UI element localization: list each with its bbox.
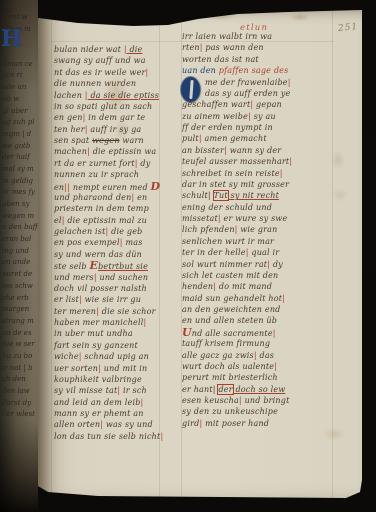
- manuscript-line: ter in der helle| qual ir: [182, 247, 338, 258]
- ruling-line-left-margin: [51, 10, 52, 498]
- manuscript-line: en pos exempel| mas: [54, 237, 166, 248]
- manuscript-line: doch vil posser nalsth: [54, 283, 166, 294]
- manuscript-line: in so spati glut an sach: [54, 101, 166, 112]
- manuscript-line: kouphikeit valbringe: [54, 374, 166, 385]
- manuscript-line: gelachen ist| die geb: [54, 226, 166, 237]
- facing-page-line-fragment: ir nat | b: [2, 363, 38, 375]
- facing-page-line-fragment: ing und: [2, 246, 38, 258]
- facing-page-line-fragment: ar mes fy: [2, 187, 38, 199]
- manuscript-line: henden| do mit mand: [182, 281, 338, 292]
- facing-page-line-fragment: che erb: [2, 293, 38, 305]
- facing-page-edge: H wont wuman mAman cegos rinde unub wgl …: [0, 0, 38, 512]
- facing-page-line-fragment: ag zuh pl: [2, 117, 38, 129]
- facing-page-line-fragment: mal sy m: [2, 164, 38, 176]
- folio-number: 251: [338, 22, 359, 34]
- manuscript-line: uer sorten| und mit in: [54, 363, 166, 374]
- facing-page-line-fragment: wegen m: [2, 211, 38, 223]
- facing-page-line-fragment: fue w ser: [2, 339, 38, 351]
- manuscript-line: wurt doch als ualente|: [182, 361, 338, 372]
- manuscript-page: etlun 251 bulan nider wat | dieswang sy …: [38, 10, 362, 498]
- facing-page-line-fragment: ch den: [2, 374, 38, 386]
- manuscript-line: sich let casten mit den: [182, 270, 338, 281]
- manuscript-line: Und alle sacramente|: [182, 327, 338, 338]
- manuscript-line: swang sy auff und wa: [54, 55, 166, 66]
- manuscript-line: nunnen zu ir sprach: [54, 169, 166, 180]
- manuscript-line: er hant| der doch so lew: [182, 384, 338, 395]
- manuscript-line: nt das es ir weile wer|: [54, 67, 166, 78]
- facing-page-line-fragment: nde un: [2, 82, 38, 94]
- manuscript-line: ste selb Ebetrtbut sie: [54, 260, 166, 271]
- manuscript-line: geschaffen wart| gepan: [182, 99, 338, 110]
- manuscript-line: rt da er zurnet fort| dy: [54, 158, 166, 169]
- facing-page-line-fragment: puret de: [2, 269, 38, 281]
- manuscript-line: machen| die eptissin wa: [54, 146, 166, 157]
- manuscript-line: in uber mut undha: [54, 328, 166, 339]
- facing-page-line-fragment: n den baff: [2, 222, 38, 234]
- manuscript-line: und pharaond den| en: [54, 192, 166, 203]
- facing-page-line-fragment: der half: [2, 152, 38, 164]
- facing-page-line-fragment: ingm | d: [2, 129, 38, 141]
- manuscript-line: maid sun gehandelt hot|: [182, 293, 338, 304]
- blue-lombard-initial: D: [181, 77, 200, 102]
- manuscript-line: er list| wie sie irr gu: [54, 294, 166, 305]
- manuscript-line: wiche| schnad upig an: [54, 351, 166, 362]
- manuscript-line: tauff krisem firmung: [182, 338, 338, 349]
- manuscript-line: irr laien walbt irn wa: [182, 31, 338, 42]
- manuscript-line: senlichen wurt ir mar: [182, 236, 338, 247]
- facing-page-line-fragment: tes schw: [2, 281, 38, 293]
- facing-page-line-fragment: ub w: [2, 94, 38, 106]
- facing-page-text-fragments: wont wuman mAman cegos rinde unub wgl ub…: [2, 12, 38, 421]
- manuscript-line: sen spat wegen warn: [54, 135, 166, 146]
- manuscript-line: sy und wern das dün: [54, 249, 166, 260]
- facing-page-line-fragment: ller wlest: [2, 409, 38, 421]
- manuscript-line: ter meren| die sie schor: [54, 306, 166, 317]
- manuscript-line: en und allen steten üb: [182, 315, 338, 326]
- facing-page-line-fragment: wont w: [2, 12, 38, 24]
- manuscript-line: bulan nider wat | die: [54, 44, 166, 55]
- manuscript-line: schreibet in sein reiste|: [182, 168, 338, 179]
- manuscript-line: lachen | da sie die eptiss: [54, 90, 166, 101]
- manuscript-line: ening der schuld und: [182, 202, 338, 213]
- facing-page-line-fragment: gl uber: [2, 106, 38, 118]
- right-text-column: D irr laien walbt irn warten| pas wann d…: [182, 31, 338, 429]
- manuscript-line: pult| amen gemacht: [182, 133, 338, 144]
- manuscript-line: sol wurt nimmer rat| dy: [182, 259, 338, 270]
- manuscript-line: schult| Tut sy nit recht: [182, 190, 338, 201]
- facing-page-line-fragment: gos ri: [2, 70, 38, 82]
- facing-page-line-fragment: eran bal: [2, 234, 38, 246]
- facing-page-line-fragment: hu zu bo: [2, 351, 38, 363]
- manuscript-line: worten das ist nat: [182, 54, 338, 65]
- facing-page-line-fragment: margen: [2, 304, 38, 316]
- manuscript-line: lon das tun sie selb nicht|: [54, 431, 166, 442]
- manuscript-line: haben mer manichell|: [54, 317, 166, 328]
- manuscript-line: die nunnen wurden: [54, 78, 166, 89]
- manuscript-line: mann sy er phemt an: [54, 408, 166, 419]
- facing-page-line-fragment: uben sy: [2, 199, 38, 211]
- facing-page-line-fragment: in geldig: [2, 176, 38, 188]
- manuscript-line: fart sein sy ganzent: [54, 340, 166, 351]
- manuscript-line: esen keuscha| und bringt: [182, 395, 338, 406]
- manuscript-line: perurt mit briesterlich: [182, 372, 338, 383]
- manuscript-line: lich pfenden| wie gran: [182, 224, 338, 235]
- manuscript-line: zu ainem weibe| sy au: [182, 111, 338, 122]
- manuscript-line: an den geweichten end: [182, 304, 338, 315]
- facing-page-line-fragment: Porst dy: [2, 398, 38, 410]
- facing-page-line-fragment: Aman ce: [2, 59, 38, 71]
- manuscript-line: and leid an dem leib|: [54, 397, 166, 408]
- facing-page-line-fragment: an ande: [2, 257, 38, 269]
- manuscript-photo: H wont wuman mAman cegos rinde unub wgl …: [0, 0, 376, 512]
- facing-page-line-fragment: we gotb: [2, 141, 38, 153]
- manuscript-line: gird| mit poser hand: [182, 418, 338, 429]
- manuscript-line: und mers| und suchen: [54, 272, 166, 283]
- manuscript-line: das sy auff erden ye: [182, 88, 338, 99]
- manuscript-line: allen orten| was sy und: [54, 419, 166, 430]
- manuscript-line: alle gacz ga zwis| das: [182, 350, 338, 361]
- facing-page-line-fragment: on de es: [2, 328, 38, 340]
- left-text-column: bulan nider wat | dieswang sy auff und w…: [54, 44, 166, 442]
- manuscript-line: an bisster| wann sy der: [182, 145, 338, 156]
- manuscript-line: ten her| auff ir sy ga: [54, 124, 166, 135]
- manuscript-line: en gen| in dem gar te: [54, 112, 166, 123]
- manuscript-line: sy den zu unkeuschipe: [182, 406, 338, 417]
- blue-initial-H: H: [1, 26, 22, 52]
- facing-page-line-fragment: den law: [2, 386, 38, 398]
- facing-page-line-fragment: strang m: [2, 316, 38, 328]
- manuscript-line: missetat| er wure sy swe: [182, 213, 338, 224]
- manuscript-line: en|| nempt euren med D: [54, 181, 166, 192]
- manuscript-line: uan den pfaffen sage des: [182, 65, 338, 76]
- manuscript-line: el| die eptissin mal zu: [54, 215, 166, 226]
- manuscript-line: dar in stet sy mit grosser: [182, 179, 338, 190]
- manuscript-line: ff der erden nympt in: [182, 122, 338, 133]
- manuscript-line: sy vil misse tat| ir sch: [54, 385, 166, 396]
- manuscript-line: teufel ausser massenhart|: [182, 156, 338, 167]
- manuscript-line: rten| pas wann den: [182, 42, 338, 53]
- manuscript-line: priestern in dem temp: [54, 203, 166, 214]
- manuscript-line: me der frawenlaibe|: [182, 77, 338, 88]
